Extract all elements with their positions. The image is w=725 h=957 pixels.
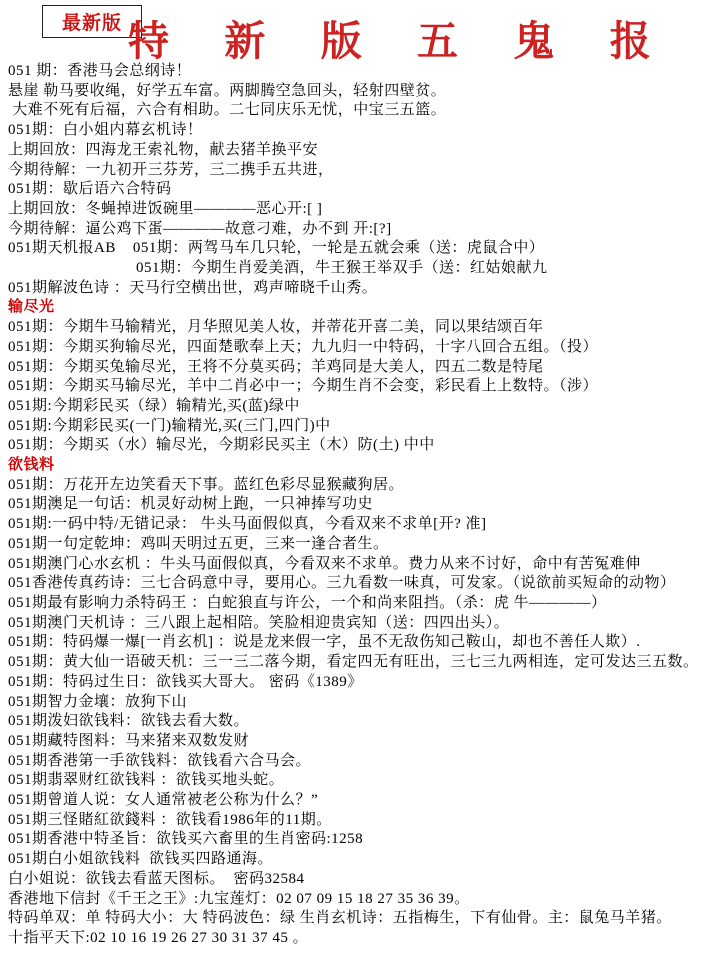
text-line: 051期：今期牛马输精光，月华照见美人妆，并蒂花开喜二美，同以果结颂百年 xyxy=(8,318,721,338)
text-line: 051期最有影响力杀特码王 ：白蛇狼直与许公，一个和尚来阻挡。（杀：虎 牛———… xyxy=(8,594,721,614)
text-line: 051期翡翠财红欲钱料 ：欲钱买地头蛇。 xyxy=(8,771,721,791)
text-line: 051香港传真药诗：三七合码意中寻，要用心。三九看数一味真，可发家。（说欲前买短… xyxy=(8,574,721,594)
text-line: 051期:今期彩民买(一门)输精光,买(三门,四门)中 xyxy=(8,417,721,437)
badge-label: 最新版 xyxy=(62,8,122,35)
section-header: 输尽光 xyxy=(8,298,721,318)
text-line: 今期待解：一九初开三芬芳，三二携手五共进， xyxy=(8,161,721,181)
text-line: 051期一句定乾坤：鸡叫天明过五更，三来一逢合者生。 xyxy=(8,535,721,555)
text-line: 051期香港第一手欲钱料：欲钱看六合马会。 xyxy=(8,752,721,772)
text-line: 051期：万花开左边笑看天下事。蓝红色彩尽显猴藏狗居。 xyxy=(8,476,721,496)
text-line: 十指平天下:02 10 16 19 26 27 30 31 37 45 。 xyxy=(8,929,721,949)
text-line: 051期澳门心水玄机 ：牛头马面假似真，今看双来不求单。费力从来不讨好，命中有苦… xyxy=(8,555,721,575)
page-title: 特 新 版 五 鬼 报 xyxy=(128,8,673,67)
text-line: 051期澳门天机诗 ：三八跟上起相陪。笑脸相迎贵宾知（送：四四出头）。 xyxy=(8,614,721,634)
text-line: 051期：特码过生日：欲钱买大哥大。 密码《1389》 xyxy=(8,673,721,693)
text-line: 051期：黄大仙一语破天机：三一三二落今期，看定四无有旺出，三七三九两相连，定可… xyxy=(8,653,721,673)
text-line: 051期：今期买狗输尽光，四面楚歌奉上天；九九归一中特码，十字八回合五组。（投） xyxy=(8,338,721,358)
latest-edition-badge: 最新版 xyxy=(42,5,142,38)
text-line: 051期藏特图料：马来猪来双数发财 xyxy=(8,732,721,752)
text-line: 051期：今期买兔输尽光，王将不分莫买码；羊鸡同是大美人，四五二数是特尾 xyxy=(8,358,721,378)
text-line: 051期曾道人说：女人通常被老公称为什么？” xyxy=(8,791,721,811)
text-line: 特码单双：单 特码大小：大 特码波色：绿 生肖玄机诗：五指梅生，下有仙骨。主：鼠… xyxy=(8,909,721,929)
text-line: 051期:一码中特/无错记录： 牛头马面假似真，今看双来不求单[开? 准] xyxy=(8,515,721,535)
text-line: 白小姐说：欲钱去看蓝天图标。 密码32584 xyxy=(8,870,721,890)
text-line: 051期智力金壤：放狗下山 xyxy=(8,693,721,713)
text-line: 051期：白小姐内幕玄机诗！ xyxy=(8,121,721,141)
text-line: 上期回放：冬蝇掉进饭碗里————恶心开:[ ] xyxy=(8,200,721,220)
text-line: 香港地下信封《千王之王》:九宝莲灯：02 07 09 15 18 27 35 3… xyxy=(8,890,721,910)
text-line: 今期待解：逼公鸡下蛋————故意刁难，办不到 开:[?] xyxy=(8,220,721,240)
document-body: 051 期：香港马会总纲诗！悬崖 勒马要收绳，好学五车富。两脚腾空急回头，轻射四… xyxy=(0,62,725,949)
text-line: 051期香港中特圣旨：欲钱买六畜里的生肖密码:1258 xyxy=(8,830,721,850)
page-header: 最新版 特 新 版 五 鬼 报 xyxy=(0,0,725,62)
text-line: 051期三怪賭紅欲錢料 ：欲钱看1986年的11期。 xyxy=(8,811,721,831)
text-line: 上期回放：四海龙王索礼物，献去猪羊换平安 xyxy=(8,141,721,161)
text-line: 051期澳足一句话：机灵好动树上跑，一只神捧写功史 xyxy=(8,495,721,515)
text-line: 051期泼妇欲钱料：欲钱去看大数。 xyxy=(8,712,721,732)
section-header: 欲钱料 xyxy=(8,456,721,476)
text-line: 051期：歇后语六合特码 xyxy=(8,180,721,200)
text-line: 大难不死有后福，六合有相助。二七同庆乐无忧，中宝三五篮。 xyxy=(8,101,721,121)
text-line: 051期天机报AB 051期：两驾马车几只轮，一轮是五就会乘（送：虎鼠合中） xyxy=(8,239,721,259)
text-line: 悬崖 勒马要收绳，好学五车富。两脚腾空急回头，轻射四壁贫。 xyxy=(8,82,721,102)
text-line: 051期：今期买马输尽光，羊中二肖必中一；今期生肖不会变，彩民看上上数特。（涉） xyxy=(8,377,721,397)
text-line: 051期：特码爆一爆[一肖玄机] ：说是龙来假一字，虽不无敌伤知己鞍山，却也不善… xyxy=(8,633,721,653)
tip-sheet-page: 最新版 特 新 版 五 鬼 报 051 期：香港马会总纲诗！悬崖 勒马要收绳，好… xyxy=(0,0,725,957)
text-line: 051期白小姐欲钱料 欲钱买四路通海。 xyxy=(8,850,721,870)
text-line: 051期：今期买（水）输尽光，今期彩民买主（木）防(土) 中中 xyxy=(8,436,721,456)
text-line: 051期解波色诗 ：天马行空横出世，鸡声啼晓千山秀。 xyxy=(8,279,721,299)
text-line: 051期:今期彩民买（绿）输精光,买(蓝)绿中 xyxy=(8,397,721,417)
text-line: 051期：今期生肖爱美酒，牛王猴王举双手（送：红姑娘献九 xyxy=(8,259,721,279)
